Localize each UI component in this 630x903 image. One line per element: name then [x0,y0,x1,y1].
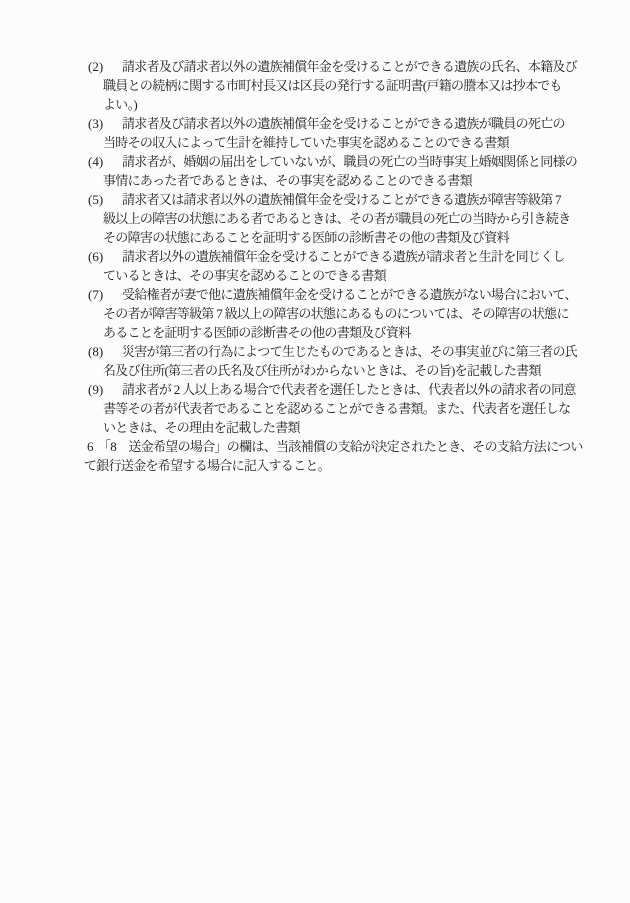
item-line: あることを証明する医師の診断書その他の書類及び資料 [88,323,576,342]
item-line: (6)請求者以外の遺族補償年金を受けることができる遺族が請求者と生計を同じくし [88,247,576,266]
item-line: 職員との続柄に関する市町村長又は区長の発行する証明書(戸籍の謄本又は抄本でも [88,76,576,95]
item-line: いときは、その理由を記載した書類 [88,418,576,437]
item-line: その者が障害等級第 7 級以上の障害の状態にあるものについては、その障害の状態に [88,304,576,323]
item-marker: (7) [88,285,122,304]
note-text: 「8 送金希望の場合」の欄は、当該補償の支給が決定されたとき、その支給方法につい [98,439,583,454]
item-marker: (6) [88,247,122,266]
note-line: て銀行送金を希望する場合に記入すること。 [84,456,576,475]
item-text: 請求者及び請求者以外の遺族補償年金を受けることができる遺族の氏名、本籍及び [122,59,577,74]
item-line: (5)請求者又は請求者以外の遺族補償年金を受けることができる遺族が障害等級第 7 [88,190,576,209]
item-text: 受給権者が妻で他に遺族補償年金を受けることができる遺族がない場合において、 [122,287,577,302]
item-line: (8)災害が第三者の行為によつて生じたものであるときは、その事実並びに第三者の氏 [88,342,576,361]
note-line: 6「8 送金希望の場合」の欄は、当該補償の支給が決定されたとき、その支給方法につ… [84,437,576,456]
item-line: その障害の状態にあることを証明する医師の診断書その他の書類及び資料 [88,228,576,247]
item-line: (9)請求者が 2 人以上ある場合で代表者を選任したときは、代表者以外の請求者の… [88,380,576,399]
item-text: 請求者が、婚姻の届出をしていないが、職員の死亡の当時事実上婚姻関係と同様の [122,154,577,169]
item-marker: (8) [88,342,122,361]
item-line: 級以上の障害の状態にある者であるときは、その者が職員の死亡の当時から引き続き [88,209,576,228]
list-item: (2)請求者及び請求者以外の遺族補償年金を受けることができる遺族の氏名、本籍及び… [88,57,576,114]
item-marker: (9) [88,380,122,399]
item-line: 事情にあった者であるときは、その事実を認めることのできる書類 [88,171,576,190]
item-text: 請求者以外の遺族補償年金を受けることができる遺族が請求者と生計を同じくし [122,249,565,264]
item-line: ているときは、その事実を認めることのできる書類 [88,266,576,285]
note-item: 6「8 送金希望の場合」の欄は、当該補償の支給が決定されたとき、その支給方法につ… [84,437,576,475]
item-line: (3)請求者及び請求者以外の遺族補償年金を受けることができる遺族が職員の死亡の [88,114,576,133]
item-line: よい。) [88,95,576,114]
item-line: 書等その者が代表者であることを認めることができる書類。また、代表者を選任しな [88,399,576,418]
item-marker: (3) [88,114,122,133]
text-block: (2)請求者及び請求者以外の遺族補償年金を受けることができる遺族の氏名、本籍及び… [84,57,576,475]
item-text: 請求者及び請求者以外の遺族補償年金を受けることができる遺族が職員の死亡の [122,116,565,131]
item-line: 名及び住所(第三者の氏名及び住所がわからないときは、その旨)を記載した書類 [88,361,576,380]
item-line: (2)請求者及び請求者以外の遺族補償年金を受けることができる遺族の氏名、本籍及び [88,57,576,76]
item-marker: (4) [88,152,122,171]
item-text: 災害が第三者の行為によつて生じたものであるときは、その事実並びに第三者の氏 [122,344,577,359]
list-item: (4)請求者が、婚姻の届出をしていないが、職員の死亡の当時事実上婚姻関係と同様の… [88,152,576,190]
item-line: (7)受給権者が妻で他に遺族補償年金を受けることができる遺族がない場合において、 [88,285,576,304]
list-item: (3)請求者及び請求者以外の遺族補償年金を受けることができる遺族が職員の死亡の … [88,114,576,152]
note-marker: 6 [87,437,98,456]
list-item: (5)請求者又は請求者以外の遺族補償年金を受けることができる遺族が障害等級第 7… [88,190,576,247]
document-page: (2)請求者及び請求者以外の遺族補償年金を受けることができる遺族の氏名、本籍及び… [0,0,630,903]
item-marker: (2) [88,57,122,76]
item-text: 請求者が 2 人以上ある場合で代表者を選任したときは、代表者以外の請求者の同意 [122,382,576,397]
list-item: (6)請求者以外の遺族補償年金を受けることができる遺族が請求者と生計を同じくし … [88,247,576,285]
list-item: (8)災害が第三者の行為によつて生じたものであるときは、その事実並びに第三者の氏… [88,342,576,380]
list-item: (9)請求者が 2 人以上ある場合で代表者を選任したときは、代表者以外の請求者の… [88,380,576,437]
item-marker: (5) [88,190,122,209]
item-text: 請求者又は請求者以外の遺族補償年金を受けることができる遺族が障害等級第 7 [122,192,561,207]
item-line: (4)請求者が、婚姻の届出をしていないが、職員の死亡の当時事実上婚姻関係と同様の [88,152,576,171]
item-line: 当時その収入によって生計を維持していた事実を認めることのできる書類 [88,133,576,152]
list-item: (7)受給権者が妻で他に遺族補償年金を受けることができる遺族がない場合において、… [88,285,576,342]
